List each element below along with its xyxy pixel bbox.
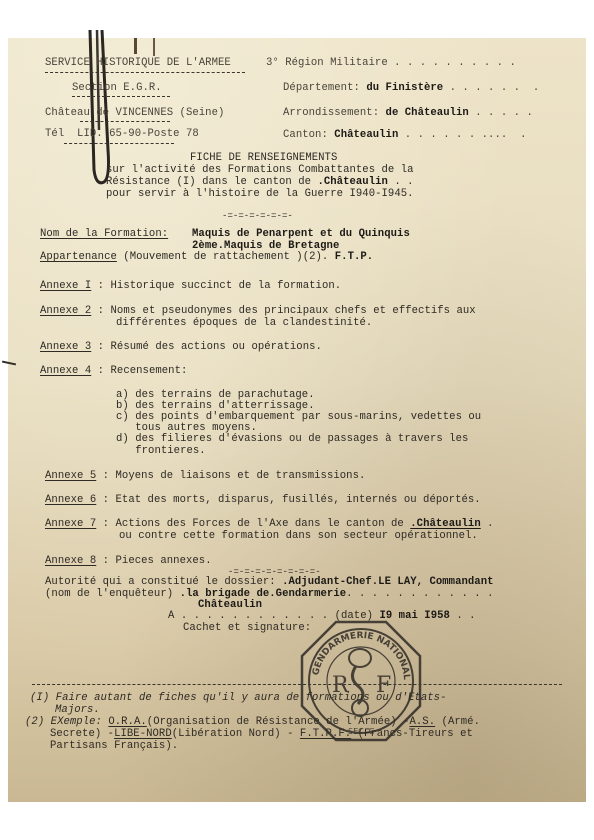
authority-line: Autorité qui a constitué le dossier: .Ad…	[45, 576, 494, 588]
formation-label: Nom de la Formation:	[40, 228, 168, 240]
annexe-2: Annexe 2 : Noms et pseudonymes des princ…	[40, 305, 476, 317]
arrondissement-field: Arrondissement: de Châteaulin . . . . .	[283, 107, 533, 119]
annexe-1: Annexe I : Historique succinct de la for…	[40, 280, 341, 292]
footnote-1-cont: Majors.	[55, 704, 100, 716]
recensement-item: frontieres.	[116, 445, 206, 457]
divider	[45, 72, 245, 73]
appartenance-value: F.T.P.	[335, 251, 373, 263]
footnote-2: (2) EXemple: O.R.A.(Organisation de Rési…	[25, 716, 480, 728]
section-label: Section E.G.R.	[72, 82, 162, 94]
recensement-item: d) des filieres d'évasions ou de passage…	[116, 433, 468, 445]
signature-label: Cachet et signature:	[183, 622, 311, 634]
formation-value: Maquis de Penarpent et du Quinquis	[192, 228, 410, 240]
annexe-4: Annexe 4 : Recensement:	[40, 365, 187, 377]
canton-field: Canton: Châteaulin . . . . . . .... .	[283, 129, 527, 141]
service-title: SERVICE HISTORIQUE DE L'ARMEE	[45, 57, 231, 69]
region-label: 3° Région Militaire . . . . . . . . . .	[266, 57, 516, 69]
title-line-2: Résistance (I) dans le canton de .Châtea…	[106, 176, 414, 188]
phone-label: Tél LID. 65-90-Poste 78	[45, 128, 199, 140]
footnote-divider	[32, 684, 562, 685]
investigator-line: (nom de l'enquêteur) .la brigade de.Gend…	[45, 588, 494, 600]
footnote-2-cont: Partisans Français).	[50, 740, 178, 752]
document-heading: FICHE DE RENSEIGNEMENTS	[190, 152, 337, 164]
annexe-6: Annexe 6 : Etat des morts, disparus, fus…	[45, 494, 481, 506]
footnote-1: (I) Faire autant de fiches qu'il y aura …	[30, 692, 447, 704]
annexe-8: Annexe 8 : Pieces annexes.	[45, 555, 212, 567]
title-line-3: pour servir à l'histoire de la Guerre I9…	[106, 188, 414, 200]
paper-fold-mark	[134, 38, 137, 54]
annexe-7: Annexe 7 : Actions des Forces de l'Axe d…	[45, 518, 494, 530]
annexe-7-canton: .Châteaulin	[410, 518, 480, 530]
annexe-3: Annexe 3 : Résumé des actions ou opérati…	[40, 341, 322, 353]
divider	[64, 143, 174, 144]
footnote-2-cont: Secrete) -LIBE-NORD(Libération Nord) - F…	[50, 728, 473, 740]
arrondissement-value: de Châteaulin	[386, 107, 469, 119]
title-line-1: sur l'activité des Formations Combattant…	[106, 164, 414, 176]
location-label: Château de VINCENNES (Seine)	[45, 107, 224, 119]
departement-field: Département: du Finistère . . . . . . .	[283, 82, 539, 94]
paper-fold-mark	[153, 38, 155, 56]
authority-value: .Adjudant-Chef.LE LAY, Commandant	[282, 576, 493, 588]
annexe-7-cont: ou contre cette formation dans son secte…	[119, 530, 478, 542]
annexe-2-cont: différentes époques de la clandestinité.	[116, 317, 372, 329]
divider	[72, 96, 170, 97]
divider	[80, 121, 170, 122]
appartenance-field: Appartenance (Mouvement de rattachement …	[40, 251, 373, 263]
departement-value: du Finistère	[366, 82, 443, 94]
separator: -=-=-=-=-=-=-	[222, 210, 293, 222]
annexe-5: Annexe 5 : Moyens de liaisons et de tran…	[45, 470, 365, 482]
canton-value: Châteaulin	[334, 129, 398, 141]
